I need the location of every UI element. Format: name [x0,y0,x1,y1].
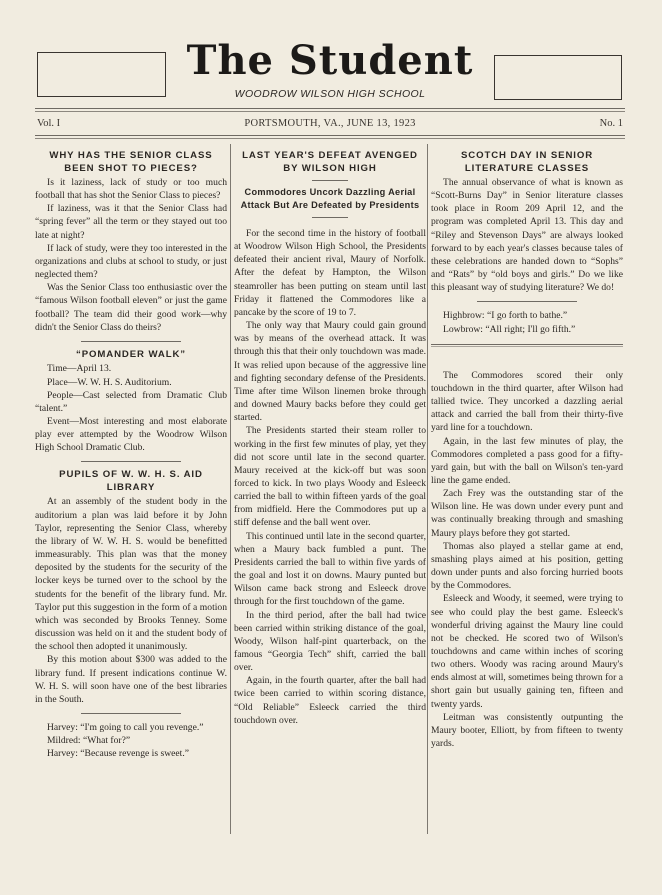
headline-pomander-walk: “POMANDER WALK” [35,349,227,362]
issue-number: No. 1 [600,118,623,129]
paragraph: The Presidents started their steam rolle… [234,424,426,529]
paragraph: In the third period, after the ball had … [234,609,426,675]
joke-harvey-mildred: Harvey: “I'm going to call you revenge.”… [35,721,227,760]
headline-library: PUPILS OF W. W. H. S. AID LIBRARY [35,469,227,494]
headline-senior-class: WHY HAS THE SENIOR CLASS BEEN SHOT TO PI… [35,150,227,175]
headline-rule [312,180,348,181]
paragraph: By this motion about $300 was added to t… [35,653,227,706]
masthead-right-ear-box [494,55,622,100]
column-divider [427,144,428,834]
paragraph: Esleeck and Woody, it seemed, were tryin… [431,592,623,710]
paragraph: Leitman was consistently outpunting the … [431,711,623,750]
headline-rule [312,217,348,218]
section-rule [81,341,181,342]
column-1: WHY HAS THE SENIOR CLASS BEEN SHOT TO PI… [35,150,227,760]
section-rule [81,713,181,714]
masthead-left-ear-box [37,52,166,97]
newspaper-page: The Student WOODROW WILSON HIGH SCHOOL V… [0,0,662,895]
paragraph: Again, in the last few minutes of play, … [431,435,623,488]
masthead-rule-top [35,108,625,112]
joke-line: Mildred: “What for?” [35,734,227,747]
paragraph: Again, in the fourth quarter, after the … [234,674,426,727]
paragraph: The annual observance of what is known a… [431,176,623,294]
section-rule [81,461,181,462]
headline-scotch-day: SCOTCH DAY IN SENIOR LITERATURE CLASSES [431,150,623,175]
column-3: SCOTCH DAY IN SENIOR LITERATURE CLASSES … [431,150,623,750]
column-divider [230,144,231,834]
joke-line: Lowbrow: “All right; I'll go fifth.” [431,323,623,336]
joke-line: Harvey: “I'm going to call you revenge.” [35,721,227,734]
joke-line: Harvey: “Because revenge is sweet.” [35,747,227,760]
paragraph: People—Cast selected from Dramatic Club … [35,389,227,415]
paragraph: Is it laziness, lack of study or too muc… [35,176,227,202]
joke-line: Highbrow: “I go forth to bathe.” [431,309,623,322]
paragraph: For the second time in the history of fo… [234,227,426,319]
paragraph: If laziness, was it that the Senior Clas… [35,202,227,241]
paragraph: Time—April 13. [35,362,227,375]
section-rule [477,301,577,302]
paragraph: Place—W. W. H. S. Auditorium. [35,376,227,389]
masthead-rule-bottom [35,135,625,139]
joke-highbrow-lowbrow: Highbrow: “I go forth to bathe.” Lowbrow… [431,309,623,335]
paragraph: At an assembly of the student body in th… [35,495,227,653]
paragraph: Event—Most interesting and most elaborat… [35,415,227,454]
paragraph: Zach Frey was the outstanding star of th… [431,487,623,540]
paragraph: The only way that Maury could gain groun… [234,319,426,424]
paragraph: Was the Senior Class too enthusiastic ov… [35,281,227,334]
paragraph: Thomas also played a stellar game at end… [431,540,623,593]
subheadline: Commodores Uncork Dazzling Aerial Attack… [234,186,426,212]
dateline: PORTSMOUTH, VA., JUNE 13, 1923 [37,118,623,129]
newspaper-title: The Student [160,38,500,84]
paragraph: This continued until late in the second … [234,530,426,609]
school-name: WOODROW WILSON HIGH SCHOOL [160,88,500,100]
paragraph: If lack of study, were they too interest… [35,242,227,281]
double-rule [431,344,623,347]
column-2: LAST YEAR'S DEFEAT AVENGED BY WILSON HIG… [234,150,426,727]
headline-defeat-avenged: LAST YEAR'S DEFEAT AVENGED BY WILSON HIG… [234,150,426,175]
paragraph: The Commodores scored their only touchdo… [431,369,623,435]
